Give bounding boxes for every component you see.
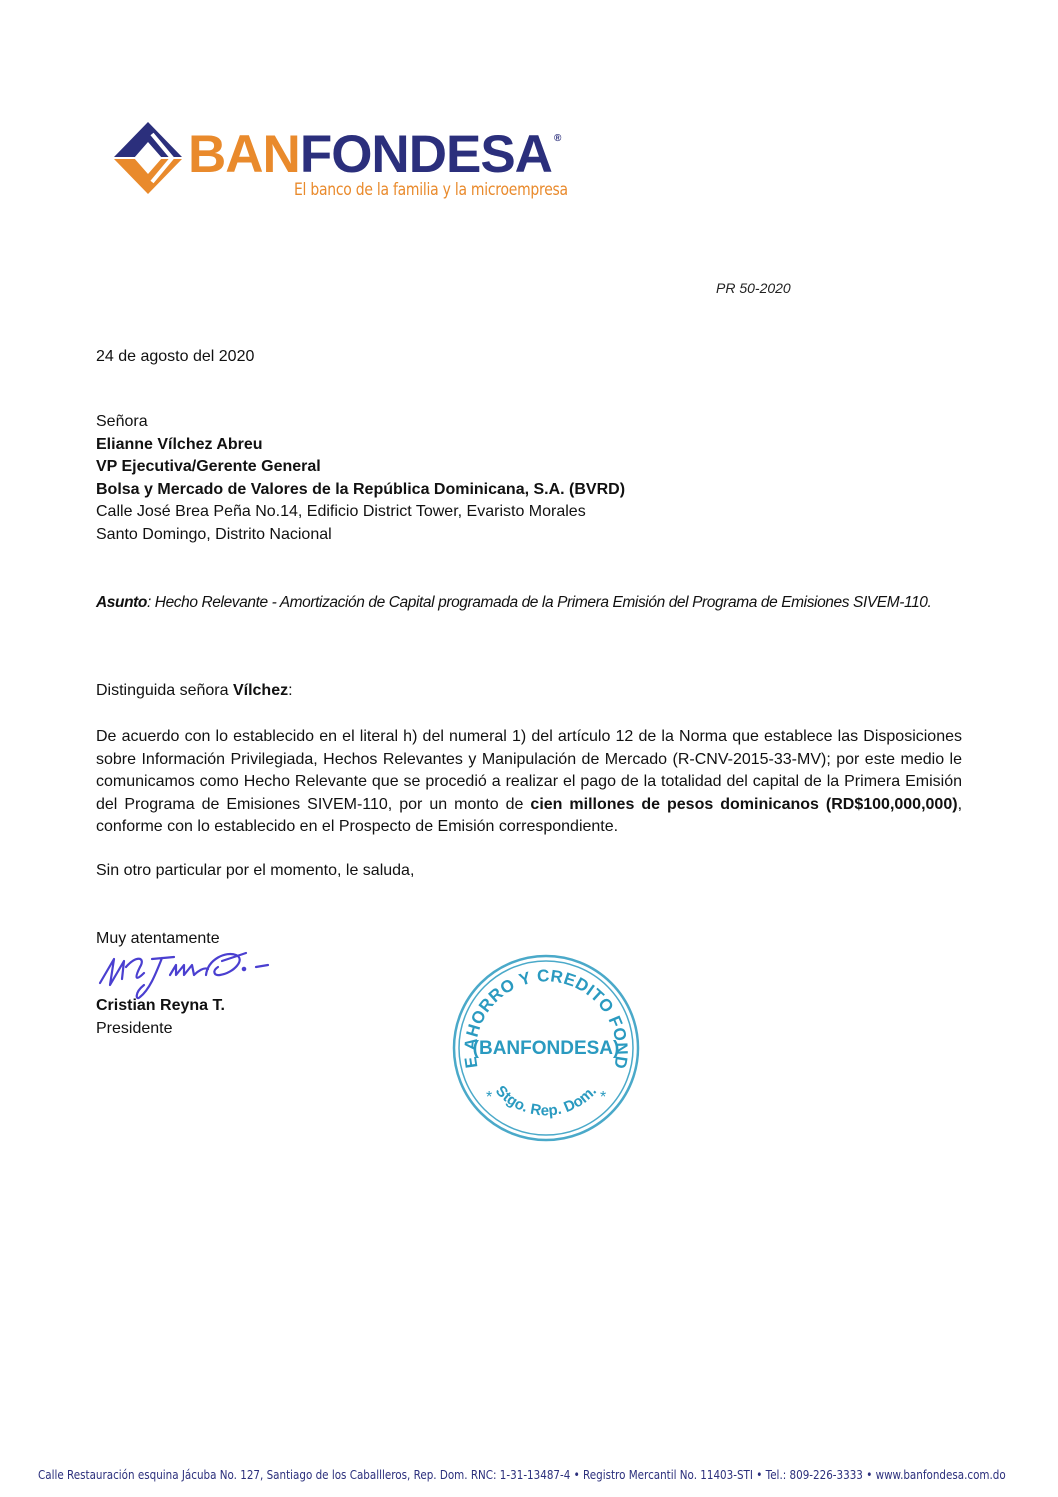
subject-line: Asunto: Hecho Relevante - Amortización d… bbox=[96, 592, 966, 615]
recipient-title: VP Ejecutiva/Gerente General bbox=[96, 456, 625, 479]
greeting-prefix: Distinguida señora bbox=[96, 682, 233, 699]
registered-mark: ® bbox=[554, 133, 560, 144]
svg-text:Stgo. Rep. Dom.: Stgo. Rep. Dom. bbox=[492, 1082, 600, 1119]
stamp-star-right: * bbox=[600, 1089, 606, 1106]
stamp-bottom-text: Stgo. Rep. Dom. bbox=[492, 1082, 600, 1119]
brand-part-fondesa: FONDESA bbox=[300, 125, 552, 184]
signer-name: Cristian Reyna T. bbox=[96, 995, 225, 1018]
brand-tagline: El banco de la familia y la microempresa bbox=[294, 180, 568, 200]
stamp-center-text: (BANFONDESA) bbox=[473, 1038, 620, 1059]
handwritten-signature bbox=[96, 945, 281, 1000]
letter-date: 24 de agosto del 2020 bbox=[96, 346, 254, 369]
company-seal-stamp: BANCO DE AHORRO Y CREDITO FONDESA, S.A. … bbox=[448, 950, 644, 1146]
signer-block: Cristian Reyna T. Presidente bbox=[96, 995, 225, 1040]
brand-wordmark: BANFONDESA® bbox=[188, 128, 560, 181]
body-paragraph: De acuerdo con lo establecido en el lite… bbox=[96, 726, 962, 839]
subject-text: : Hecho Relevante - Amortización de Capi… bbox=[147, 594, 931, 611]
recipient-address-line2: Santo Domingo, Distrito Nacional bbox=[96, 524, 625, 547]
footer-contact-info: Calle Restauración esquina Jácuba No. 12… bbox=[38, 1468, 1006, 1482]
recipient-salutation: Señora bbox=[96, 411, 625, 434]
recipient-name: Elianne Vílchez Abreu bbox=[96, 434, 625, 457]
recipient-organization: Bolsa y Mercado de Valores de la Repúbli… bbox=[96, 479, 625, 502]
greeting: Distinguida señora Vílchez: bbox=[96, 680, 293, 703]
body-amount: cien millones de pesos dominicanos (RD$1… bbox=[530, 796, 957, 813]
recipient-block: Señora Elianne Vílchez Abreu VP Ejecutiv… bbox=[96, 411, 625, 546]
document-reference: PR 50-2020 bbox=[716, 280, 791, 296]
diamond-logo-icon bbox=[112, 120, 184, 196]
greeting-suffix: : bbox=[288, 682, 292, 699]
subject-label: Asunto bbox=[96, 594, 147, 611]
stamp-star-left: * bbox=[486, 1089, 492, 1106]
signer-position: Presidente bbox=[96, 1018, 225, 1041]
recipient-address-line1: Calle José Brea Peña No.14, Edificio Dis… bbox=[96, 501, 625, 524]
greeting-name: Vílchez bbox=[233, 682, 288, 699]
brand-part-ban: BAN bbox=[188, 125, 300, 184]
closing-line: Sin otro particular por el momento, le s… bbox=[96, 860, 414, 883]
